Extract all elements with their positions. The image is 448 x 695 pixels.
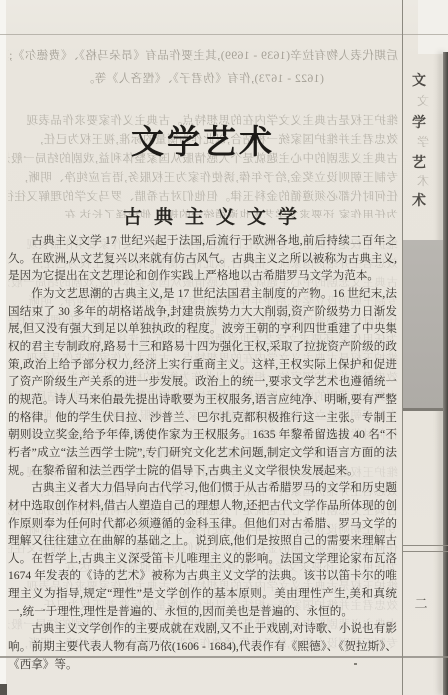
page-number: 二 <box>404 593 438 612</box>
bleedthrough-text-line: 专制王朝则设立奖金,给予年俸,诱使作家为王权服务,语言应纯净、明晰, <box>8 169 398 188</box>
sidebar-char: 术 <box>406 190 432 210</box>
sidebar-double-rule <box>402 545 448 546</box>
section-title: 古典主义文学 <box>0 202 420 229</box>
paragraph: 作为文艺思潮的古典主义,是 17 世纪法国君主制度的产物。16 世纪末,法国结束… <box>8 285 397 479</box>
sidebar-char: 学 <box>406 112 432 132</box>
paragraph: 古典主义文学创作的主要成就在戏剧,又不止于戏剧,对诗歌、小说也有影响。前期主要代… <box>8 620 397 673</box>
book-edge-shadow <box>443 52 448 695</box>
sidebar-bleed-char: 学 <box>412 133 434 150</box>
scan-corner-highlight <box>418 0 448 54</box>
scan-corner-mark <box>0 684 7 695</box>
sidebar-bleed-char: 术 <box>412 172 434 189</box>
bleedthrough-line-2: (1622 - 1673),作有《伪君子》、《悭吝人》等。 <box>8 70 398 88</box>
bleedthrough-line-1: 后期代表人物有拉辛(1639 - 1699),其主要作品有《昂朵马格》、《费德尔… <box>8 47 398 65</box>
top-rule <box>0 34 448 35</box>
sidebar-bleed-char: 文 <box>412 92 434 109</box>
sidebar-char: 艺 <box>406 152 432 172</box>
paragraph: 古典主义者大力倡导向古代学习,他们惯于从古希腊罗马的文学和历史题材中选取创作材料… <box>8 479 397 620</box>
scanned-book-page: 后期代表人物有拉辛(1639 - 1699),其主要作品有《昂朵马格》、《费德尔… <box>0 0 448 695</box>
paragraph: 古典主义文学 17 世纪兴起于法国,后流行于欧洲各地,前后持续二百年之久。在欧洲… <box>8 232 397 285</box>
sidebar-gray-block <box>403 240 443 411</box>
sidebar-char: 文 <box>406 70 432 90</box>
scan-left-margin <box>0 0 6 695</box>
chapter-title: 文学艺术 <box>0 116 406 163</box>
sidebar-double-rule <box>402 551 448 552</box>
body-text: 古典主义文学 17 世纪兴起于法国,后流行于欧洲各地,前后持续二百年之久。在欧洲… <box>8 232 397 673</box>
